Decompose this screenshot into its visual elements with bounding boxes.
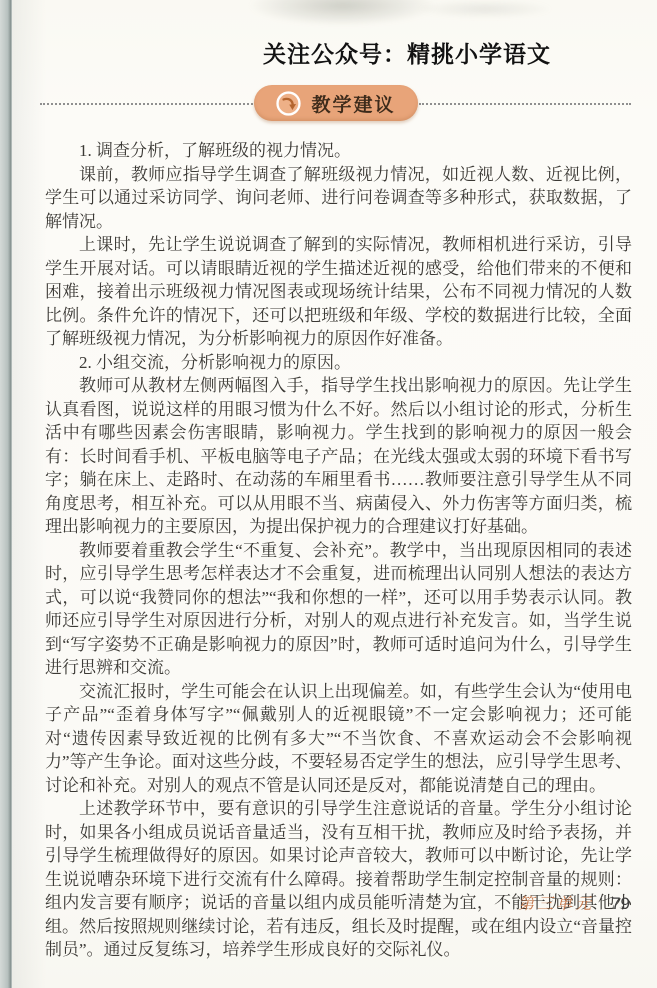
scan-smudge [420,0,550,18]
section-badge: 教学建议 [254,85,418,121]
paragraph: 课前，教师应指导学生调查了解班级视力情况，如近视人数、近视比例，学生可以通过采访… [45,163,632,234]
scanned-page: 关注公众号：精挑小学语文 教学建议 1. 调查分析，了解班级的视力情况。 课前，… [0,0,657,988]
section-badge-row: 教学建议 [40,84,631,122]
curved-arrow-icon [275,90,302,117]
page-number: 79 [611,894,630,914]
paragraph: 交流汇报时，学生可能会在认识上出现偏差。如，有些学生会认为“使用电子产品”“歪着… [45,680,632,798]
dotted-rule-left [40,103,253,105]
paragraph: 上课时，先让学生说说调查了解到的实际情况，教师相机进行采访，引导学生开展对话。可… [45,233,632,351]
section-badge-label: 教学建议 [311,90,395,117]
paragraph: 教师要着重教会学生“不重复、会补充”。教学中，当出现原因相同的表述时，应引导学生… [45,539,632,680]
book-spine-edge [0,0,12,988]
paragraph: 1. 调查分析，了解班级的视力情况。 [45,139,632,163]
scan-smudge [248,0,438,26]
paragraph: 上述教学环节中，要有意识的引导学生注意说话的音量。学生分小组讨论时，如果各小组成… [45,797,632,962]
paragraph: 2. 小组交流，分析影响视力的原因。 [45,351,632,375]
unit-label: 第三单元 [518,891,594,914]
body-text: 1. 调查分析，了解班级的视力情况。 课前，教师应指导学生调查了解班级视力情况，… [45,139,632,962]
page-footer: 第三单元 79 [0,891,630,914]
page-title: 关注公众号：精挑小学语文 [263,36,551,69]
paragraph: 教师可从教材左侧两幅图入手，指导学生找出影响视力的原因。先让学生认真看图，说说这… [45,374,632,539]
dotted-rule-right [419,103,632,105]
